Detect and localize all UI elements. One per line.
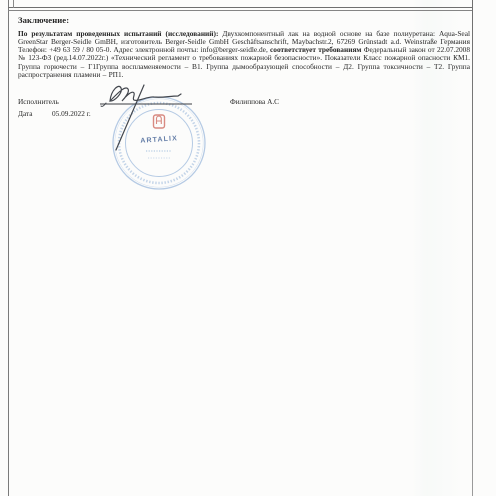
table-cell-divider-stub (13, 0, 14, 8)
table-bottom-rule-inner (8, 10, 472, 11)
date-label: Дата (18, 109, 33, 118)
table-bottom-rule-outer (8, 7, 472, 8)
scanned-document-page: Заключение: По результатам проведенных и… (0, 0, 496, 496)
page-border-left (8, 0, 9, 496)
executor-label: Исполнитель (18, 97, 59, 106)
handwritten-signature (92, 80, 212, 160)
date-value: 05.09.2022 г. (52, 109, 91, 118)
signature-strokes (110, 86, 181, 101)
page-border-right (472, 0, 473, 496)
conclusion-heading: Заключение: (18, 15, 69, 25)
signature-tail-stroke (116, 85, 144, 150)
conclusion-paragraph: По результатам проведенных испытаний (ис… (18, 30, 470, 79)
executor-name: Филиппова А.С (230, 97, 279, 106)
